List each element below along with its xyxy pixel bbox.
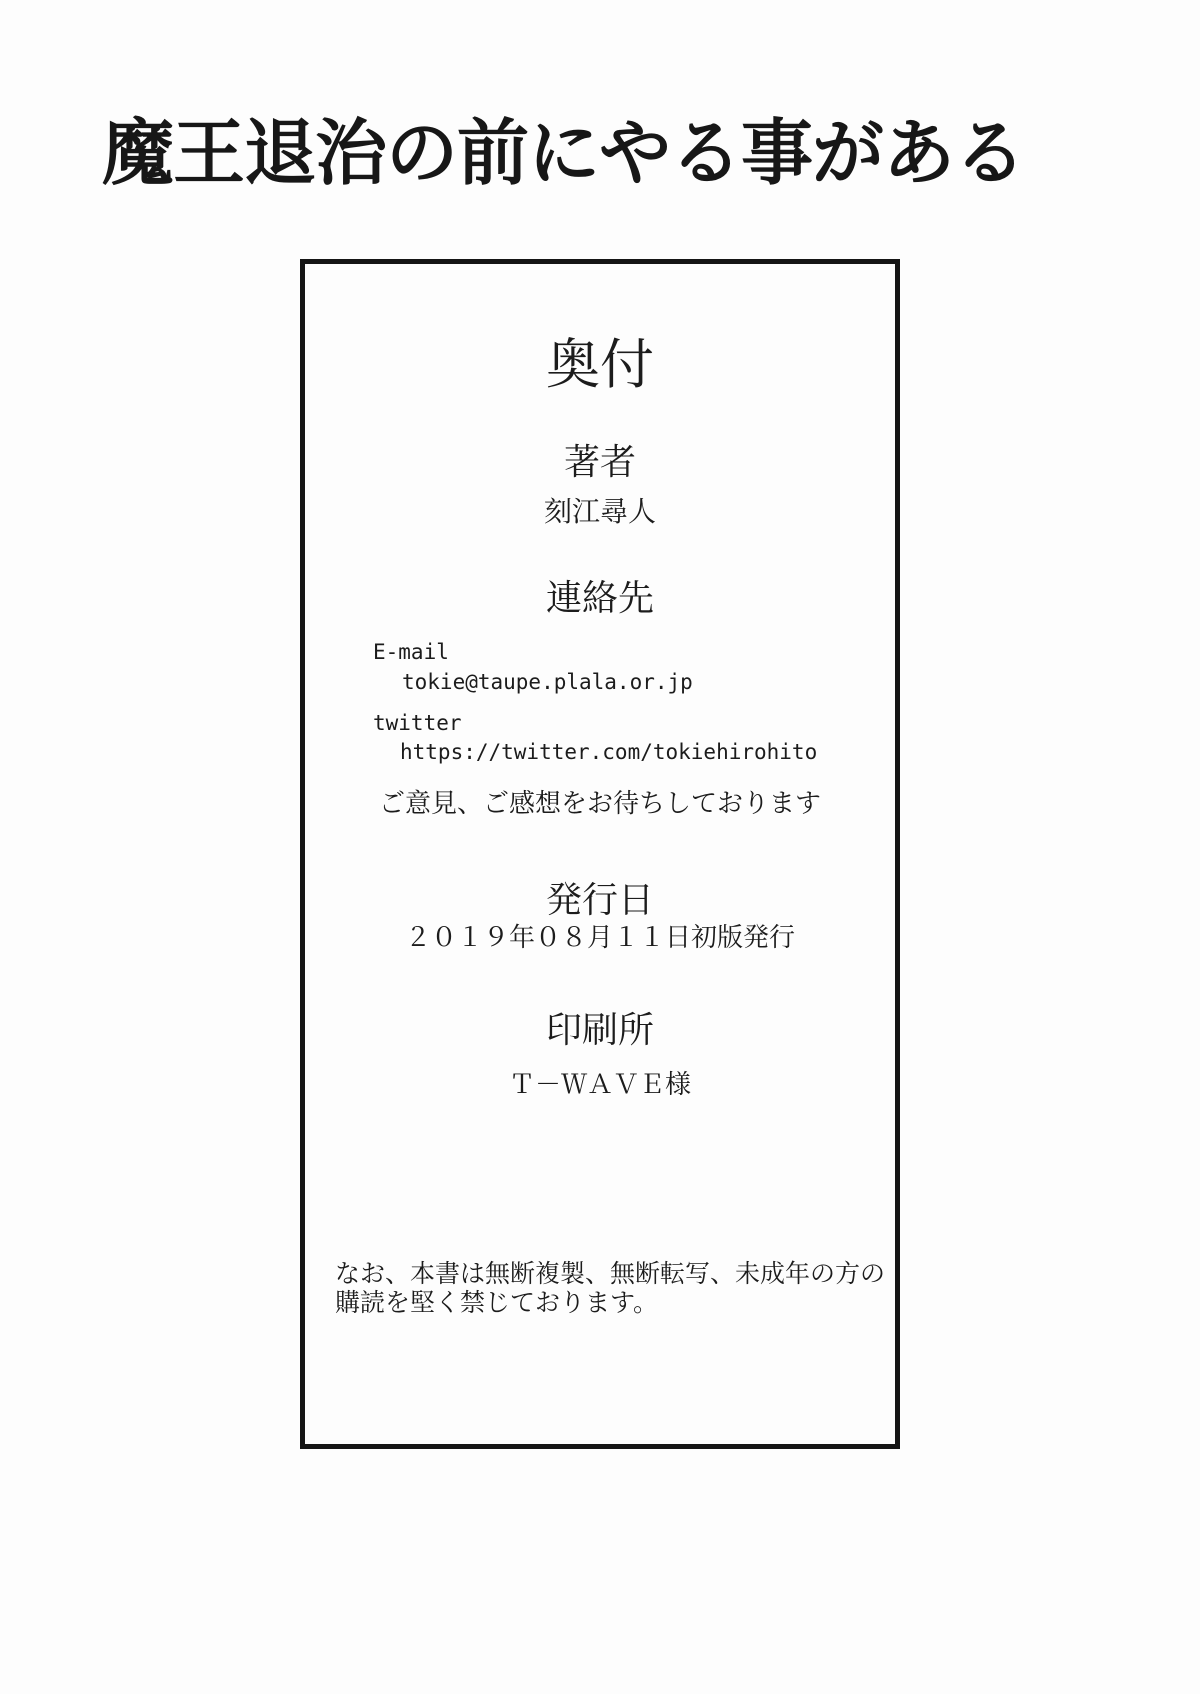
copyright-notice-line1: なお、本書は無断複製、無断転写、未成年の方の <box>335 1260 883 1289</box>
feedback-message: ご意見、ご感想をお待ちしております <box>305 790 895 816</box>
printer-section-label: 印刷所 <box>305 1012 895 1048</box>
author-name: 刻江尋人 <box>305 498 895 526</box>
copyright-notice-line2: 購読を堅く禁じております。 <box>335 1289 883 1318</box>
publication-date-label: 発行日 <box>305 882 895 918</box>
colophon-heading: 奥付 <box>305 338 895 392</box>
colophon-page: 魔王退治の前にやる事がある 奥付 著者 刻江尋人 連絡先 E-mail toki… <box>0 0 1200 1694</box>
colophon-box: 奥付 著者 刻江尋人 連絡先 E-mail tokie@taupe.plala.… <box>300 259 900 1449</box>
twitter-label: twitter <box>373 713 462 734</box>
book-title: 魔王退治の前にやる事がある <box>102 118 1025 190</box>
author-section-label: 著者 <box>305 444 895 480</box>
copyright-notice: なお、本書は無断複製、無断転写、未成年の方の 購読を堅く禁じております。 <box>335 1260 883 1318</box>
twitter-url: https://twitter.com/tokiehirohito <box>400 742 817 763</box>
contact-section-label: 連絡先 <box>305 580 895 616</box>
email-address: tokie@taupe.plala.or.jp <box>402 672 693 693</box>
publication-date: ２０１９年０８月１１日初版発行 <box>305 924 895 950</box>
printer-name: Ｔ－ＷＡＶＥ様 <box>305 1071 895 1097</box>
email-label: E-mail <box>373 642 449 663</box>
